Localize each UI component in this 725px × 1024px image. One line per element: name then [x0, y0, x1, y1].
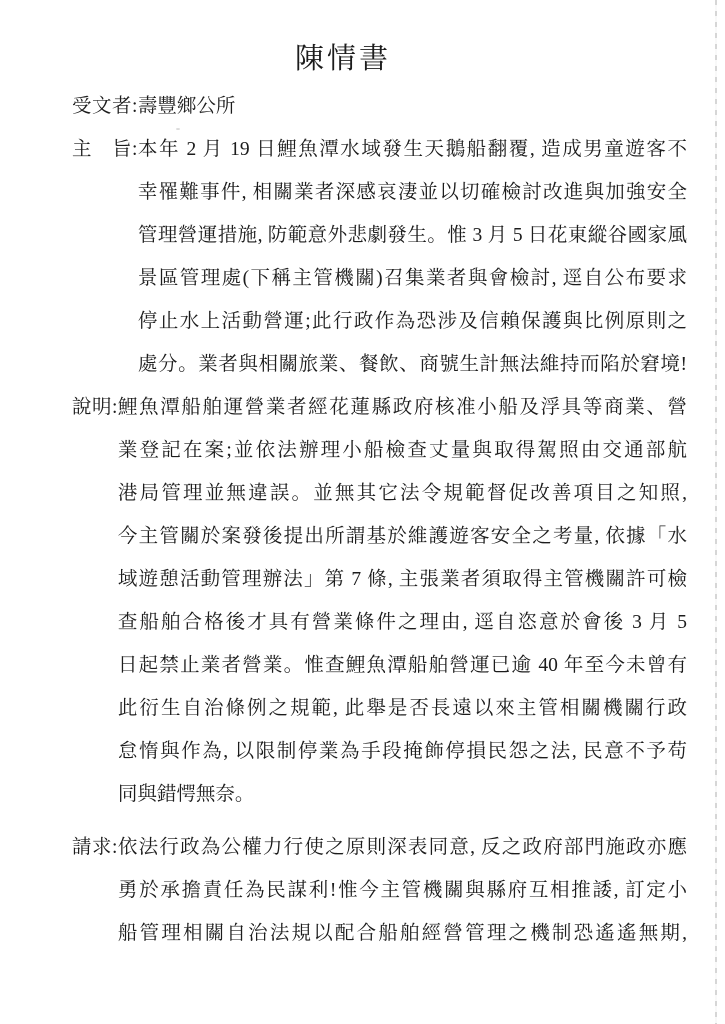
text-line: 船管理相關自治法規以配合船舶經營管理之機制恐遙遙無期,: [118, 912, 687, 955]
recipient-value: 壽豐鄉公所: [138, 85, 687, 128]
subject-body: 本年 2 月 19 日鯉魚潭水域發生天鵝船翻覆, 造成男童遊客不 幸罹難事件, …: [138, 128, 687, 386]
text-line: 依法行政為公權力行使之原則深表同意, 反之政府部門施政亦應: [118, 826, 687, 869]
text-line: 景區管理處(下稱主管機關)召集業者與會檢討, 逕自公布要求: [138, 257, 687, 300]
text-line: 域遊憩活動管理辦法」第 7 條, 主張業者須取得主管機關許可檢: [118, 558, 687, 601]
text-line: 查船舶合格後才具有營業條件之理由, 逕自恣意於會後 3 月 5: [118, 601, 687, 644]
text-line: 今主管關於案發後提出所謂基於維護遊客安全之考量, 依據「水: [118, 515, 687, 558]
text-line: 處分。業者與相關旅業、餐飲、商號生計無法維持而陷於窘境!: [138, 343, 687, 386]
section-explanation: 說明: 鯉魚潭船舶運營業者經花蓮縣政府核准小船及浮具等商業、營 業登記在案;並依…: [72, 386, 687, 816]
text-line: 鯉魚潭船舶運營業者經花蓮縣政府核准小船及浮具等商業、營: [118, 386, 687, 429]
section-request: 請求: 依法行政為公權力行使之原則深表同意, 反之政府部門施政亦應 勇於承擔責任…: [72, 826, 687, 955]
text-line: 同與錯愕無奈。: [118, 773, 687, 816]
text-line: 管理營運措施, 防範意外悲劇發生。惟 3 月 5 日花東縱谷國家風: [138, 214, 687, 257]
scanned-petition-page: 陳情書 受文者: 壽豐鄉公所 主 旨: 本年 2 月 19 日鯉魚潭水域發生天鵝…: [0, 0, 725, 1024]
text-line: 業登記在案;並依法辦理小船檢查丈量與取得駕照由交通部航: [118, 429, 687, 472]
request-label: 請求:: [72, 826, 118, 869]
scanner-artifact-speck: [176, 128, 180, 130]
request-body: 依法行政為公權力行使之原則深表同意, 反之政府部門施政亦應 勇於承擔責任為民謀利…: [118, 826, 687, 955]
text-line: 日起禁止業者營業。惟查鯉魚潭船舶營運已逾 40 年至今未曾有: [118, 644, 687, 687]
text-line: 停止水上活動營運;此行政作為恐涉及信賴保護與比例原則之: [138, 300, 687, 343]
text-line: 本年 2 月 19 日鯉魚潭水域發生天鵝船翻覆, 造成男童遊客不: [138, 128, 687, 171]
subject-label: 主 旨:: [72, 128, 138, 171]
text-line: 勇於承擔責任為民謀利!惟今主管機關與縣府互相推諉, 訂定小: [118, 869, 687, 912]
scanner-artifact-line: [715, 0, 717, 1024]
text-line: 此衍生自治條例之規範, 此舉是否長遠以來主管相關機關行政: [118, 687, 687, 730]
text-line: 港局管理並無違誤。並無其它法令規範督促改善項目之知照,: [118, 472, 687, 515]
recipient-label: 受文者:: [72, 85, 138, 128]
text-line: 幸罹難事件, 相關業者深感哀淒並以切確檢討改進與加強安全: [138, 171, 687, 214]
page-title: 陳情書: [34, 40, 649, 78]
recipient-line: 受文者: 壽豐鄉公所: [72, 85, 687, 128]
explanation-label: 說明:: [72, 386, 118, 429]
section-subject: 主 旨: 本年 2 月 19 日鯉魚潭水域發生天鵝船翻覆, 造成男童遊客不 幸罹…: [72, 128, 687, 386]
explanation-body: 鯉魚潭船舶運營業者經花蓮縣政府核准小船及浮具等商業、營 業登記在案;並依法辦理小…: [118, 386, 687, 816]
text-line: 怠惰與作為, 以限制停業為手段掩飾停損民怨之法, 民意不予苟: [118, 730, 687, 773]
